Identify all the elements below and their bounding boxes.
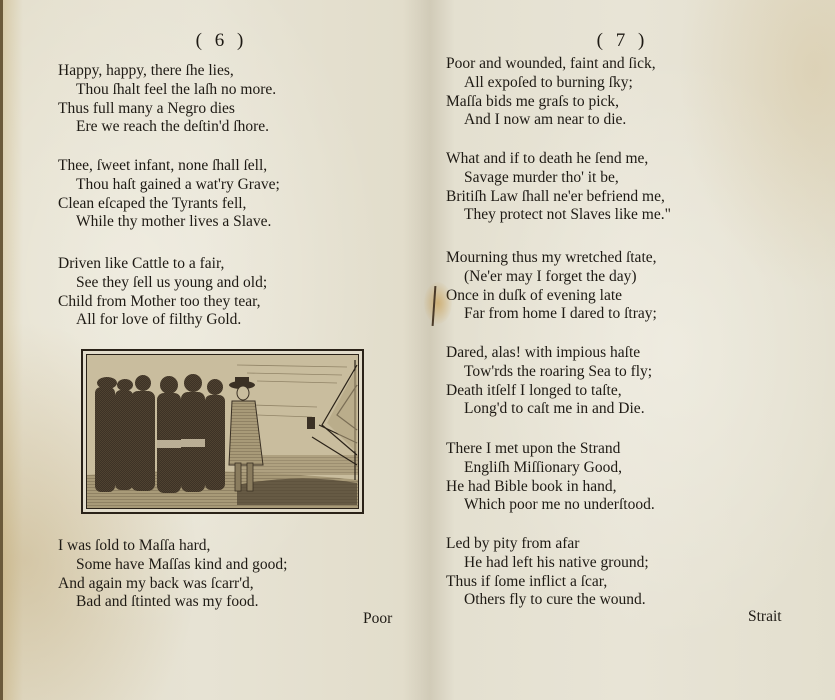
verse-line: Thou haſt gained a wat'ry Grave; bbox=[58, 176, 280, 195]
verse-line: Child from Mother too they tear, bbox=[58, 293, 267, 312]
verse-line: I was ſold to Maſſa hard, bbox=[58, 537, 287, 556]
verse-line: Britiſh Law ſhall ne'er befriend me, bbox=[446, 188, 671, 207]
book-spread: ( 6 ) Happy, happy, there ſhe lies, Thou… bbox=[0, 0, 835, 700]
verse-line: Long'd to caſt me in and Die. bbox=[446, 400, 652, 419]
catchword: Strait bbox=[748, 608, 782, 626]
verse-line: Ere we reach the deſtin'd ſhore. bbox=[58, 118, 276, 137]
stanza: Driven like Cattle to a fair, See they ſ… bbox=[58, 255, 267, 330]
verse-line: Which poor me no underſtood. bbox=[446, 496, 655, 515]
verse-line: Some have Maſſas kind and good; bbox=[58, 556, 287, 575]
verse-line: Far from home I dared to ſtray; bbox=[446, 305, 657, 324]
verse-line: Others fly to cure the wound. bbox=[446, 591, 649, 610]
verse-line: Dared, alas! with impious haſte bbox=[446, 344, 652, 363]
rust-stain bbox=[424, 282, 452, 324]
woodcut-scene-icon bbox=[87, 355, 359, 509]
page-number-7: ( 7 ) bbox=[420, 30, 825, 52]
verse-line: Thus if ſome inflict a ſcar, bbox=[446, 573, 649, 592]
verse-line: See they ſell us young and old; bbox=[58, 274, 267, 293]
verse-line: Driven like Cattle to a fair, bbox=[58, 255, 267, 274]
verse-line: They protect not Slaves like me." bbox=[446, 206, 671, 225]
verse-line: Led by pity from afar bbox=[446, 535, 649, 554]
stanza: Mourning thus my wretched ſtate, (Ne'er … bbox=[446, 249, 657, 324]
verse-line: Poor and wounded, faint and ſick, bbox=[446, 55, 656, 74]
verse-line: He had left his native ground; bbox=[446, 554, 649, 573]
verse-line: While thy mother lives a Slave. bbox=[58, 213, 280, 232]
verse-line: Thus full many a Negro dies bbox=[58, 100, 276, 119]
stanza: Dared, alas! with impious haſte Tow'rds … bbox=[446, 344, 652, 419]
verse-line: There I met upon the Strand bbox=[446, 440, 655, 459]
stanza: Led by pity from afar He had left his na… bbox=[446, 535, 649, 610]
catchword: Poor bbox=[363, 610, 392, 628]
verse-line: Clean eſcaped the Tyrants fell, bbox=[58, 195, 280, 214]
stanza: Poor and wounded, faint and ſick, All ex… bbox=[446, 55, 656, 130]
verse-line: Death itſelf I longed to taſte, bbox=[446, 382, 652, 401]
verse-line: Thou ſhalt feel the laſh no more. bbox=[58, 81, 276, 100]
stanza: Happy, happy, there ſhe lies, Thou ſhalt… bbox=[58, 62, 276, 137]
verse-line: And I now am near to die. bbox=[446, 111, 656, 130]
verse-line: Thee, ſweet infant, none ſhall ſell, bbox=[58, 157, 280, 176]
stanza: There I met upon the Strand Engliſh Miſſ… bbox=[446, 440, 655, 515]
woodcut-illustration bbox=[81, 349, 364, 514]
verse-line: All for love of filthy Gold. bbox=[58, 311, 267, 330]
verse-line: And again my back was ſcarr'd, bbox=[58, 575, 287, 594]
stanza: Thee, ſweet infant, none ſhall ſell, Tho… bbox=[58, 157, 280, 232]
left-page: ( 6 ) Happy, happy, there ſhe lies, Thou… bbox=[0, 0, 430, 700]
stanza: I was ſold to Maſſa hard, Some have Maſſ… bbox=[58, 537, 287, 612]
verse-line: Bad and ſtinted was my food. bbox=[58, 593, 287, 612]
verse-line: Tow'rds the roaring Sea to fly; bbox=[446, 363, 652, 382]
verse-line: Engliſh Miſſionary Good, bbox=[446, 459, 655, 478]
verse-line: All expoſed to burning ſky; bbox=[446, 74, 656, 93]
verse-line: Maſſa bids me graſs to pick, bbox=[446, 93, 656, 112]
right-page: ( 7 ) Poor and wounded, faint and ſick, … bbox=[430, 0, 835, 700]
stanza: What and if to death he ſend me, Savage … bbox=[446, 150, 671, 225]
verse-line: Savage murder tho' it be, bbox=[446, 169, 671, 188]
verse-line: What and if to death he ſend me, bbox=[446, 150, 671, 169]
verse-line: Mourning thus my wretched ſtate, bbox=[446, 249, 657, 268]
verse-line: He had Bible book in hand, bbox=[446, 478, 655, 497]
page-number-6: ( 6 ) bbox=[8, 30, 435, 52]
verse-line: (Ne'er may I forget the day) bbox=[446, 268, 657, 287]
verse-line: Happy, happy, there ſhe lies, bbox=[58, 62, 276, 81]
verse-line: Once in duſk of evening late bbox=[446, 287, 657, 306]
